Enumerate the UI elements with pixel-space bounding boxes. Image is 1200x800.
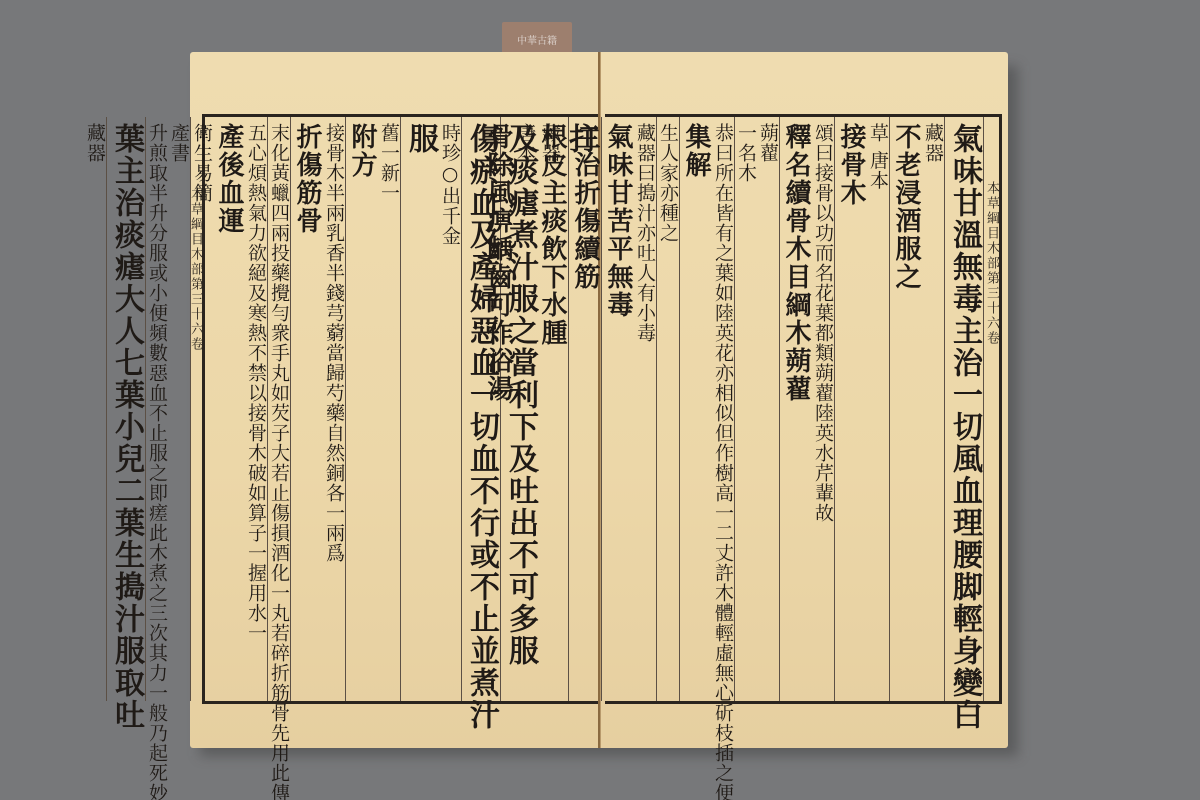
text-column-appended-recipes: 附方 舊一新一 — [345, 117, 400, 701]
margin-column — [983, 117, 999, 701]
text-column-collected-explanations: 集解 恭曰所在皆有之葉如陸英花亦相似但作樹高一二丈許木體輕虛無心斫枝插之便 — [679, 117, 734, 701]
entry-title: 接骨木 — [835, 123, 867, 701]
text-column: 服 時珍○出千金 — [400, 117, 461, 701]
text-column-note: 藏器 — [84, 117, 106, 701]
right-page: 本草綱目木部第三十六卷 氣味甘溫無毒主治一切風血理腰脚輕身變白 不老浸酒服之 藏… — [600, 52, 1008, 748]
open-book: 本草綱目木部第三十六卷 及痰瘧煮汁服之當利下及吐出不可多服 藏器 打 傷瘀血及產… — [190, 52, 1008, 748]
text-column-note: 末化黃蠟四兩投藥攪勻衆手丸如芡子大若止傷損酒化一丸若碎折筋骨先用此傳貼乃服 — [267, 117, 290, 701]
text-column: 不老浸酒服之 藏器 — [889, 117, 944, 701]
entry-heading-column: 接骨木 草 唐本 — [834, 117, 889, 701]
text-column: 氣味甘溫無毒主治一切風血理腰脚輕身變白 — [944, 117, 983, 701]
text-column: 衛生易簡 產後血運 五心煩熱氣力欲絕及寒熱不禁以接骨木破如算子一握用水一 — [190, 117, 267, 701]
right-page-frame: 本草綱目木部第三十六卷 氣味甘溫無毒主治一切風血理腰脚輕身變白 不老浸酒服之 藏… — [605, 114, 1002, 704]
text-column-properties: 氣味甘苦平無毒 藏器曰搗汁亦吐人有小毒 — [601, 117, 656, 701]
text-column: 折傷筋骨 接骨木半兩乳香半錢芎藭當歸芍藥自然銅各一兩爲 — [290, 117, 345, 701]
text-column: 主治折傷續筋 — [568, 117, 601, 701]
text-column-note: 一名木 蒴藋 — [734, 117, 779, 701]
text-column: 骨除風痹齲齒可作浴湯 唐本 根皮主痰飲下水腫 — [482, 117, 568, 701]
text-column-note: 升煎取半升分服或小便頻數惡血不止服之即瘥此木煮之三次其力一般乃起死妙方 產書 — [145, 117, 190, 701]
text-column: 葉主治痰瘧大人七葉小兒二葉生搗汁服取吐 — [106, 117, 145, 701]
text-column-note: 生人家亦種之 — [656, 117, 679, 701]
text-column-names: 釋名續骨木目綱木蒴藋 頌曰接骨以功而名花葉都類蒴藋陸英水芹輩故 — [779, 117, 834, 701]
